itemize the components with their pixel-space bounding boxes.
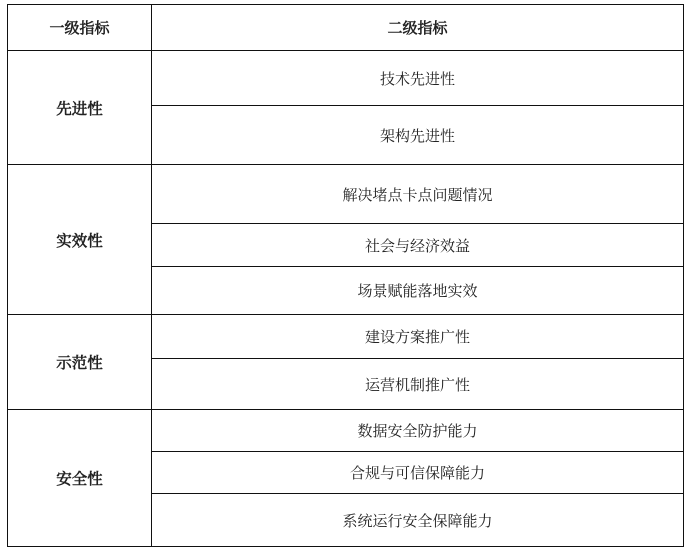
level2-cell: 合规与可信保障能力 [152,452,684,494]
level2-cell: 架构先进性 [152,106,684,165]
level2-cell: 数据安全防护能力 [152,410,684,452]
header-row: 一级指标 二级指标 [8,5,684,51]
level2-cell: 建设方案推广性 [152,315,684,359]
table-row: 安全性 数据安全防护能力 [8,410,684,452]
level1-cell: 实效性 [8,165,152,315]
header-level1: 一级指标 [8,5,152,51]
level2-cell: 解决堵点卡点问题情况 [152,165,684,224]
level1-cell: 安全性 [8,410,152,547]
table-row: 示范性 建设方案推广性 [8,315,684,359]
table-row: 先进性 技术先进性 [8,51,684,106]
table-row: 实效性 解决堵点卡点问题情况 [8,165,684,224]
level2-cell: 社会与经济效益 [152,224,684,267]
level1-cell: 先进性 [8,51,152,165]
header-level2: 二级指标 [152,5,684,51]
level1-cell: 示范性 [8,315,152,410]
indicator-table: 一级指标 二级指标 先进性 技术先进性 架构先进性 实效性 解决堵点卡点问题情况… [7,4,684,547]
level2-cell: 运营机制推广性 [152,359,684,410]
level2-cell: 场景赋能落地实效 [152,267,684,315]
level2-cell: 系统运行安全保障能力 [152,494,684,547]
level2-cell: 技术先进性 [152,51,684,106]
